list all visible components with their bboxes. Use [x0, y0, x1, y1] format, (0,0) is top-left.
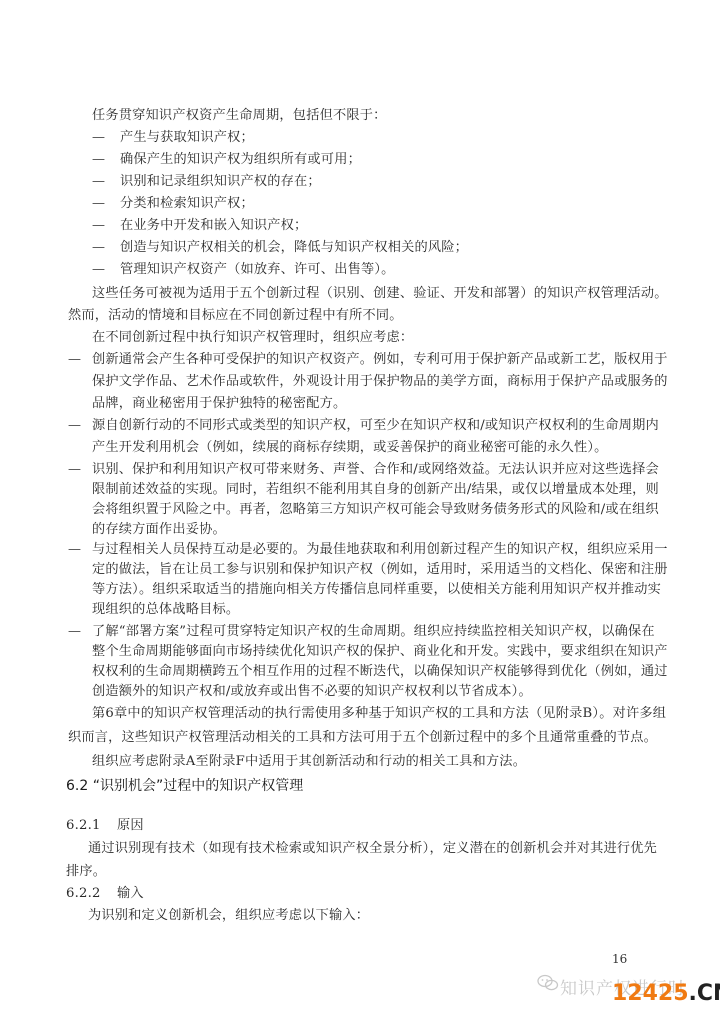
consideration-line: 的存续方面作出妥协。: [92, 522, 226, 538]
subsection-number: 6.2.1: [66, 818, 101, 833]
subsection-number: 6.2.2: [66, 886, 101, 901]
consideration-line: 会将组织置于风险之中。再者，忽略第三方知识产权可能会导致财务债务形式的风险和/或…: [92, 502, 659, 518]
dash-bullet: —: [92, 196, 105, 212]
page-number: 16: [612, 952, 627, 966]
dash-bullet: —: [92, 130, 105, 146]
dash-bullet: —: [92, 152, 105, 168]
consideration-line: 与过程相关人员保持互动是必要的。为最佳地获取和利用创新过程产生的知识产权，组织应…: [92, 542, 668, 558]
dash-bullet: —: [92, 240, 105, 256]
dash-bullet: —: [68, 542, 81, 558]
consideration-line: 保护文学作品、艺术作品或软件，外观设计用于保护物品的美学方面，商标用于保护产品或…: [92, 374, 668, 390]
paragraph-text: 然而，活动的情境和目标应在不同创新过程中有所不同。: [68, 308, 403, 324]
document-page: 任务贯穿知识产权资产生命周期，包括但不限于： — 产生与获取知识产权； — 确保…: [0, 0, 720, 1018]
consideration-line: 创新通常会产生各种可受保护的知识产权资产。例如，专利可用于保护新产品或新工艺，版…: [92, 352, 668, 368]
consideration-line: 源自创新行动的不同形式或类型的知识产权，可至少在知识产权和/或知识产权权利的生命…: [92, 418, 659, 434]
dash-bullet: —: [68, 624, 81, 640]
subsection-heading: 6.2.2 输入: [66, 886, 144, 902]
subsection-heading: 6.2.1 原因: [66, 818, 144, 834]
consideration-line: 现组织的总体战略目标。: [92, 602, 239, 618]
paragraph-text: 这些任务可被视为适用于五个创新过程（识别、创建、验证、开发和部署）的知识产权管理…: [92, 286, 668, 302]
task-item: 识别和记录组织知识产权的存在；: [120, 174, 321, 190]
subsection-title: 输入: [117, 886, 144, 901]
task-item: 管理知识产权资产（如放弃、许可、出售等）。: [120, 262, 395, 278]
paragraph-text: 第6章中的知识产权管理活动的执行需使用多种基于知识产权的工具和方法（见附录B）。…: [92, 706, 666, 722]
consideration-line: 品牌，商业秘密用于保护独特的秘密配方。: [92, 396, 346, 412]
paragraph-text: 组织应考虑附录A至附录F中适用于其创新活动和行动的相关工具和方法。: [92, 754, 526, 770]
dash-bullet: —: [92, 262, 105, 278]
watermark-brand-suffix: .CN: [689, 981, 720, 1006]
consideration-line: 限制前述效益的实现。同时，若组织不能利用其自身的创新产出/结果，或仅以增量成本处…: [92, 482, 659, 498]
consideration-line: 了解“部署方案”过程可贯穿特定知识产权的生命周期。组织应持续监控相关知识产权，以…: [92, 624, 655, 640]
paragraph-text: 织而言，这些知识产权管理活动相关的工具和方法可用于五个创新过程中的多个且通常重叠…: [68, 730, 657, 746]
paragraph-text: 为识别和定义创新机会，组织应考虑以下输入：: [88, 908, 369, 924]
dash-bullet: —: [68, 352, 81, 368]
task-item: 分类和检索知识产权；: [120, 196, 254, 212]
consideration-line: 产生开发利用机会（例如，续展的商标存续期，或妥善保护的商业秘密可能的永久性）。: [92, 440, 608, 456]
consideration-line: 权权利的生命周期横跨五个相互作用的过程不断迭代，以确保知识产权能够得到优化（例如…: [92, 664, 668, 680]
consideration-line: 等方法）。组织采取适当的措施向相关方传播信息同样重要，以使相关方能利用知识产权并…: [92, 582, 661, 598]
section-heading: 6.2 “识别机会”过程中的知识产权管理: [66, 777, 303, 795]
task-item: 确保产生的知识产权为组织所有或可用；: [120, 152, 361, 168]
dash-bullet: —: [68, 418, 81, 434]
task-item: 在业务中开发和嵌入知识产权；: [120, 218, 307, 234]
watermark-brand-number: 12425: [612, 981, 689, 1006]
watermark-brand: 12425.CN: [612, 982, 720, 1006]
subsection-title: 原因: [117, 818, 144, 833]
consideration-line: 创造额外的知识产权和/或放弃或出售不必要的知识产权权利以节省成本）。: [92, 684, 532, 700]
dash-bullet: —: [68, 462, 81, 478]
consideration-line: 定的做法，旨在让员工参与识别和保护知识产权（例如，适用时，采用适当的文档化、保密…: [92, 562, 668, 578]
consideration-line: 整个生命周期能够面向市场持续优化知识产权的保护、商业化和开发。实践中，要求组织在…: [92, 644, 668, 660]
paragraph-text: 排序。: [66, 864, 106, 880]
paragraph-text: 在不同创新过程中执行知识产权管理时，组织应考虑：: [92, 330, 413, 346]
consideration-line: 识别、保护和利用知识产权可带来财务、声誉、合作和/或网络效益。无法认识并应对这些…: [92, 462, 659, 478]
wechat-icon: [537, 974, 559, 992]
dash-bullet: —: [92, 218, 105, 234]
paragraph-text: 通过识别现有技术（如现有技术检索或知识产权全景分析），定义潜在的创新机会并对其进…: [88, 841, 657, 857]
intro-text: 任务贯穿知识产权资产生命周期，包括但不限于：: [92, 108, 387, 124]
dash-bullet: —: [92, 174, 105, 190]
task-item: 创造与知识产权相关的机会，降低与知识产权相关的风险；: [120, 240, 468, 256]
task-item: 产生与获取知识产权；: [120, 130, 254, 146]
